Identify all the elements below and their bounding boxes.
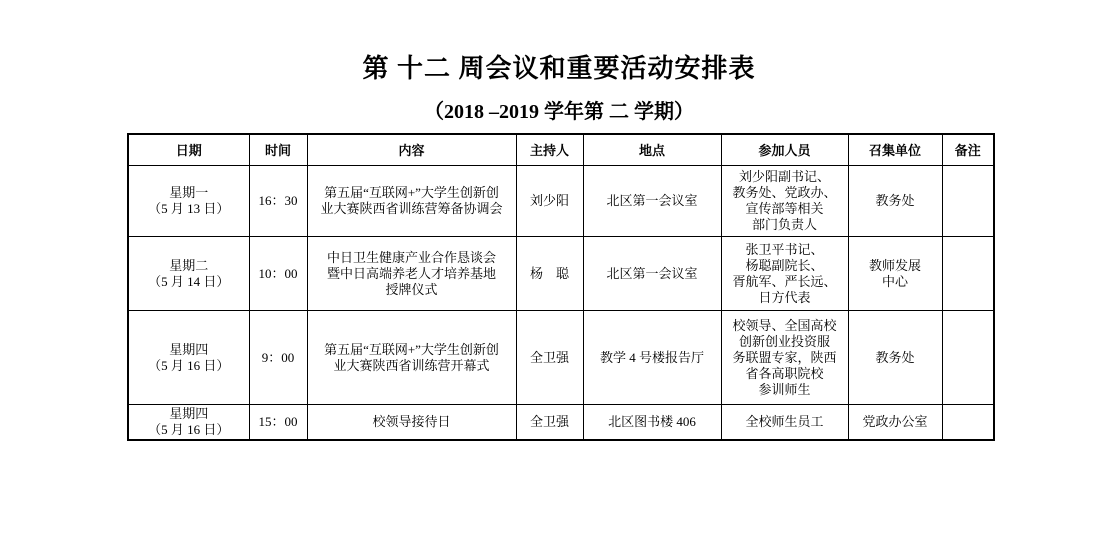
- cell-location: 北区第一会议室: [583, 237, 721, 311]
- cell-time: 10：00: [249, 237, 307, 311]
- header-location: 地点: [583, 134, 721, 166]
- header-time: 时间: [249, 134, 307, 166]
- cell-location: 教学 4 号楼报告厅: [583, 311, 721, 405]
- cell-location: 北区第一会议室: [583, 166, 721, 237]
- cell-host: 刘少阳: [516, 166, 583, 237]
- cell-location: 北区图书楼 406: [583, 405, 721, 441]
- cell-participants: 刘少阳副书记、 教务处、党政办、 宣传部等相关 部门负责人: [721, 166, 848, 237]
- cell-host: 全卫强: [516, 311, 583, 405]
- cell-content: 第五届“互联网+”大学生创新创 业大赛陕西省训练营开幕式: [307, 311, 516, 405]
- cell-content: 第五届“互联网+”大学生创新创 业大赛陕西省训练营筹备协调会: [307, 166, 516, 237]
- schedule-table: 日期 时间 内容 主持人 地点 参加人员 召集单位 备注 星期一 （5 月 13…: [127, 133, 995, 441]
- cell-remark: [942, 405, 994, 441]
- header-host: 主持人: [516, 134, 583, 166]
- header-row: 日期 时间 内容 主持人 地点 参加人员 召集单位 备注: [128, 134, 994, 166]
- header-participants: 参加人员: [721, 134, 848, 166]
- cell-remark: [942, 237, 994, 311]
- cell-time: 16：30: [249, 166, 307, 237]
- header-date: 日期: [128, 134, 249, 166]
- cell-participants: 张卫平书记、 杨聪副院长、 胥航军、严长远、 日方代表: [721, 237, 848, 311]
- cell-remark: [942, 166, 994, 237]
- document-title: 第 十二 周会议和重要活动安排表: [0, 48, 1118, 85]
- table-row: 星期四 （5 月 16 日） 15：00 校领导接待日 全卫强 北区图书楼 40…: [128, 405, 994, 441]
- cell-host: 杨 聪: [516, 237, 583, 311]
- cell-host: 全卫强: [516, 405, 583, 441]
- cell-organizer: 教务处: [848, 311, 942, 405]
- header-content: 内容: [307, 134, 516, 166]
- cell-content: 中日卫生健康产业合作恳谈会 暨中日高端养老人才培养基地 授牌仪式: [307, 237, 516, 311]
- cell-organizer: 教师发展 中心: [848, 237, 942, 311]
- table-row: 星期二 （5 月 14 日） 10：00 中日卫生健康产业合作恳谈会 暨中日高端…: [128, 237, 994, 311]
- cell-date: 星期一 （5 月 13 日）: [128, 166, 249, 237]
- header-remark: 备注: [942, 134, 994, 166]
- table-row: 星期一 （5 月 13 日） 16：30 第五届“互联网+”大学生创新创 业大赛…: [128, 166, 994, 237]
- cell-content: 校领导接待日: [307, 405, 516, 441]
- cell-date: 星期四 （5 月 16 日）: [128, 311, 249, 405]
- cell-time: 9：00: [249, 311, 307, 405]
- cell-date: 星期二 （5 月 14 日）: [128, 237, 249, 311]
- cell-participants: 全校师生员工: [721, 405, 848, 441]
- header-organizer: 召集单位: [848, 134, 942, 166]
- cell-time: 15：00: [249, 405, 307, 441]
- cell-organizer: 党政办公室: [848, 405, 942, 441]
- table-row: 星期四 （5 月 16 日） 9：00 第五届“互联网+”大学生创新创 业大赛陕…: [128, 311, 994, 405]
- document-subtitle: （2018 –2019 学年第 二 学期）: [0, 95, 1118, 124]
- cell-date: 星期四 （5 月 16 日）: [128, 405, 249, 441]
- cell-remark: [942, 311, 994, 405]
- cell-participants: 校领导、全国高校 创新创业投资服 务联盟专家，陕西 省各高职院校 参训师生: [721, 311, 848, 405]
- cell-organizer: 教务处: [848, 166, 942, 237]
